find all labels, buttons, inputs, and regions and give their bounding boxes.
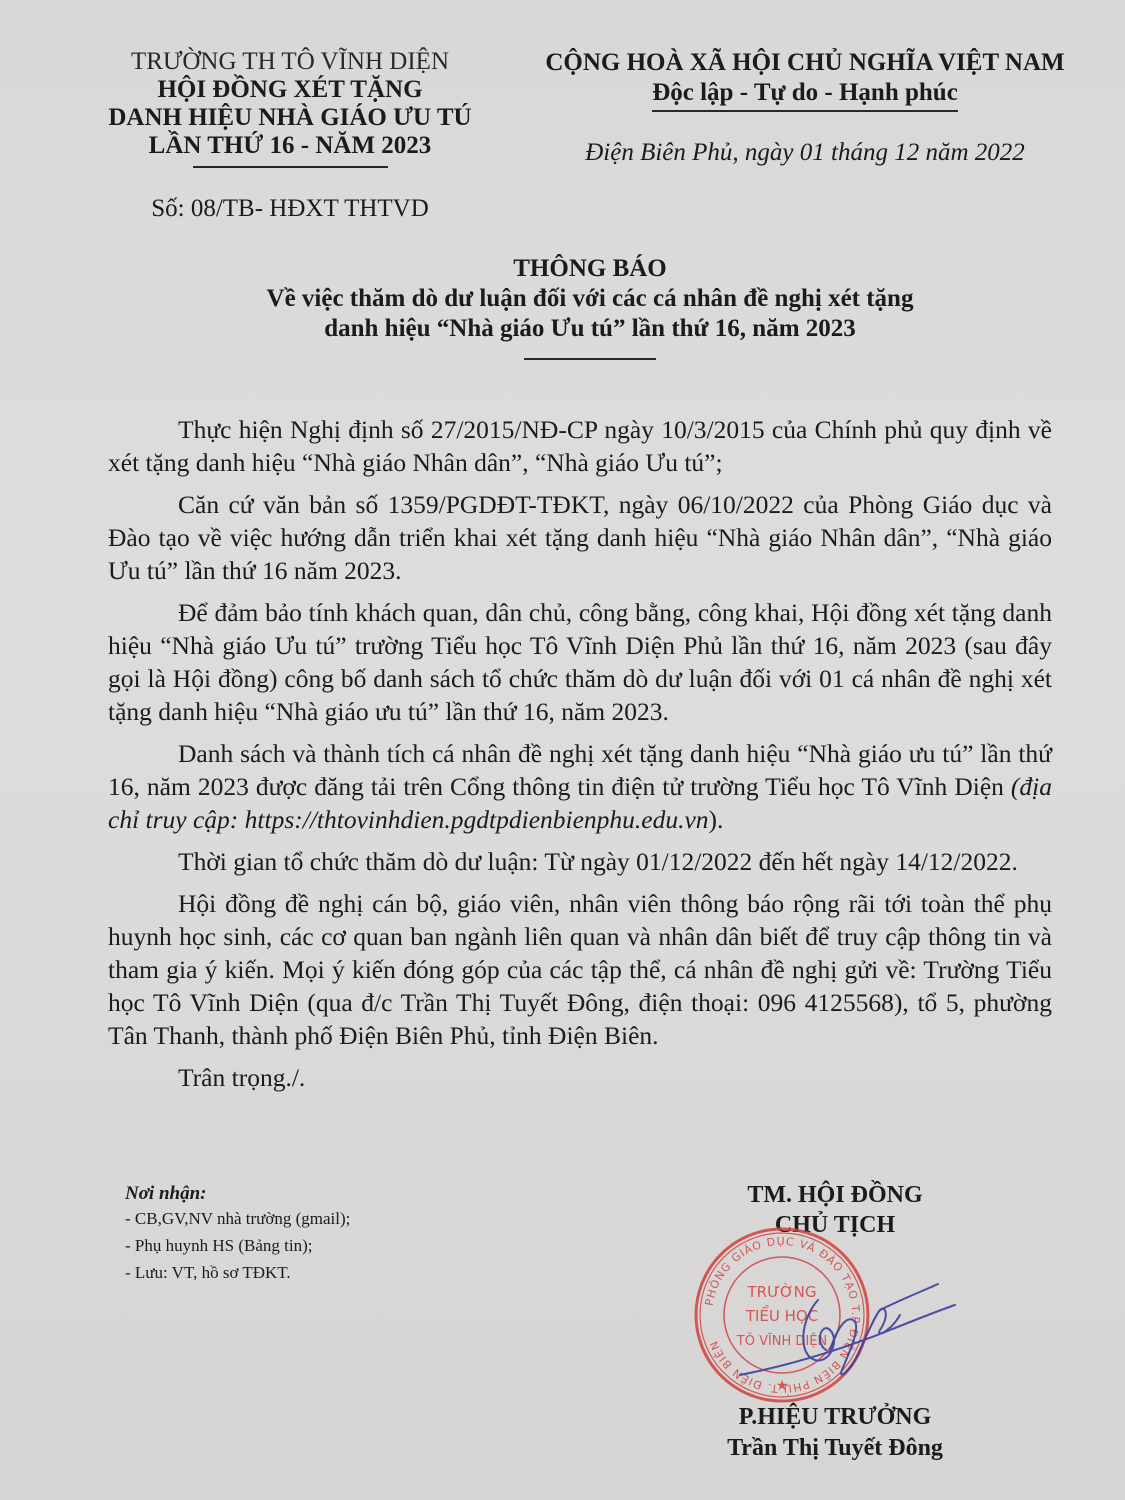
national-header: CỘNG HOÀ XÃ HỘI CHỦ NGHĨA VIỆT NAM Độc l… [545, 48, 1065, 168]
paragraph-timeframe: Thời gian tổ chức thăm dò dư luận: Từ ng… [108, 845, 1052, 878]
closing-remark: Trân trọng./. [108, 1061, 1052, 1094]
council-name-line1: HỘI ĐỒNG XÉT TẶNG [90, 76, 490, 104]
council-name-line3: LẦN THỨ 16 - NĂM 2023 [90, 132, 490, 160]
header-divider [193, 166, 388, 168]
handwritten-signature-icon [730, 1260, 960, 1390]
signature-on-behalf: TM. HỘI ĐỒNG [680, 1180, 990, 1210]
paragraph-announcement: Để đảm bảo tính khách quan, dân chủ, côn… [108, 596, 1052, 728]
document-body: Thực hiện Nghị định số 27/2015/NĐ-CP ngà… [108, 413, 1052, 1103]
title-heading: THÔNG BÁO [200, 254, 980, 284]
document-number: Số: 08/TB- HĐXT THTVD [90, 195, 490, 223]
title-subject-line1: Về việc thăm dò dư luận đối với các cá n… [200, 284, 980, 314]
signer-title: P.HIỆU TRƯỞNG [680, 1402, 990, 1433]
document-title: THÔNG BÁO Về việc thăm dò dư luận đối vớ… [200, 254, 980, 360]
paragraph-publication: Danh sách và thành tích cá nhân đề nghị … [108, 737, 1052, 836]
recipients-heading: Nơi nhận: [125, 1183, 545, 1205]
recipients-list: Nơi nhận: - CB,GV,NV nhà trường (gmail);… [125, 1183, 545, 1286]
council-name-line2: DANH HIỆU NHÀ GIÁO ƯU TÚ [90, 104, 490, 132]
school-name: TRƯỜNG TH TÔ VĨNH DIỆN [90, 48, 490, 76]
title-subject-line2: danh hiệu “Nhà giáo Ưu tú” lần thứ 16, n… [200, 314, 980, 344]
paragraph-legal-basis: Thực hiện Nghị định số 27/2015/NĐ-CP ngà… [108, 413, 1052, 479]
issuer-header: TRƯỜNG TH TÔ VĨNH DIỆN HỘI ĐỒNG XÉT TẶNG… [90, 48, 490, 223]
paragraph-request: Hội đồng đề nghị cán bộ, giáo viên, nhân… [108, 887, 1052, 1052]
national-motto: Độc lập - Tự do - Hạnh phúc [652, 78, 958, 112]
paragraph-reference: Căn cứ văn bản số 1359/PGDĐT-TĐKT, ngày … [108, 488, 1052, 587]
recipient-item: - Phụ huynh HS (Bảng tin); [125, 1232, 545, 1259]
recipient-item: - CB,GV,NV nhà trường (gmail); [125, 1205, 545, 1232]
place-date: Điện Biên Phủ, ngày 01 tháng 12 năm 2022 [545, 138, 1065, 168]
nation-name: CỘNG HOÀ XÃ HỘI CHỦ NGHĨA VIỆT NAM [545, 48, 1065, 78]
title-divider [524, 358, 656, 360]
signer-name: Trần Thị Tuyết Đông [680, 1433, 990, 1464]
recipient-item: - Lưu: VT, hồ sơ TĐKT. [125, 1259, 545, 1286]
